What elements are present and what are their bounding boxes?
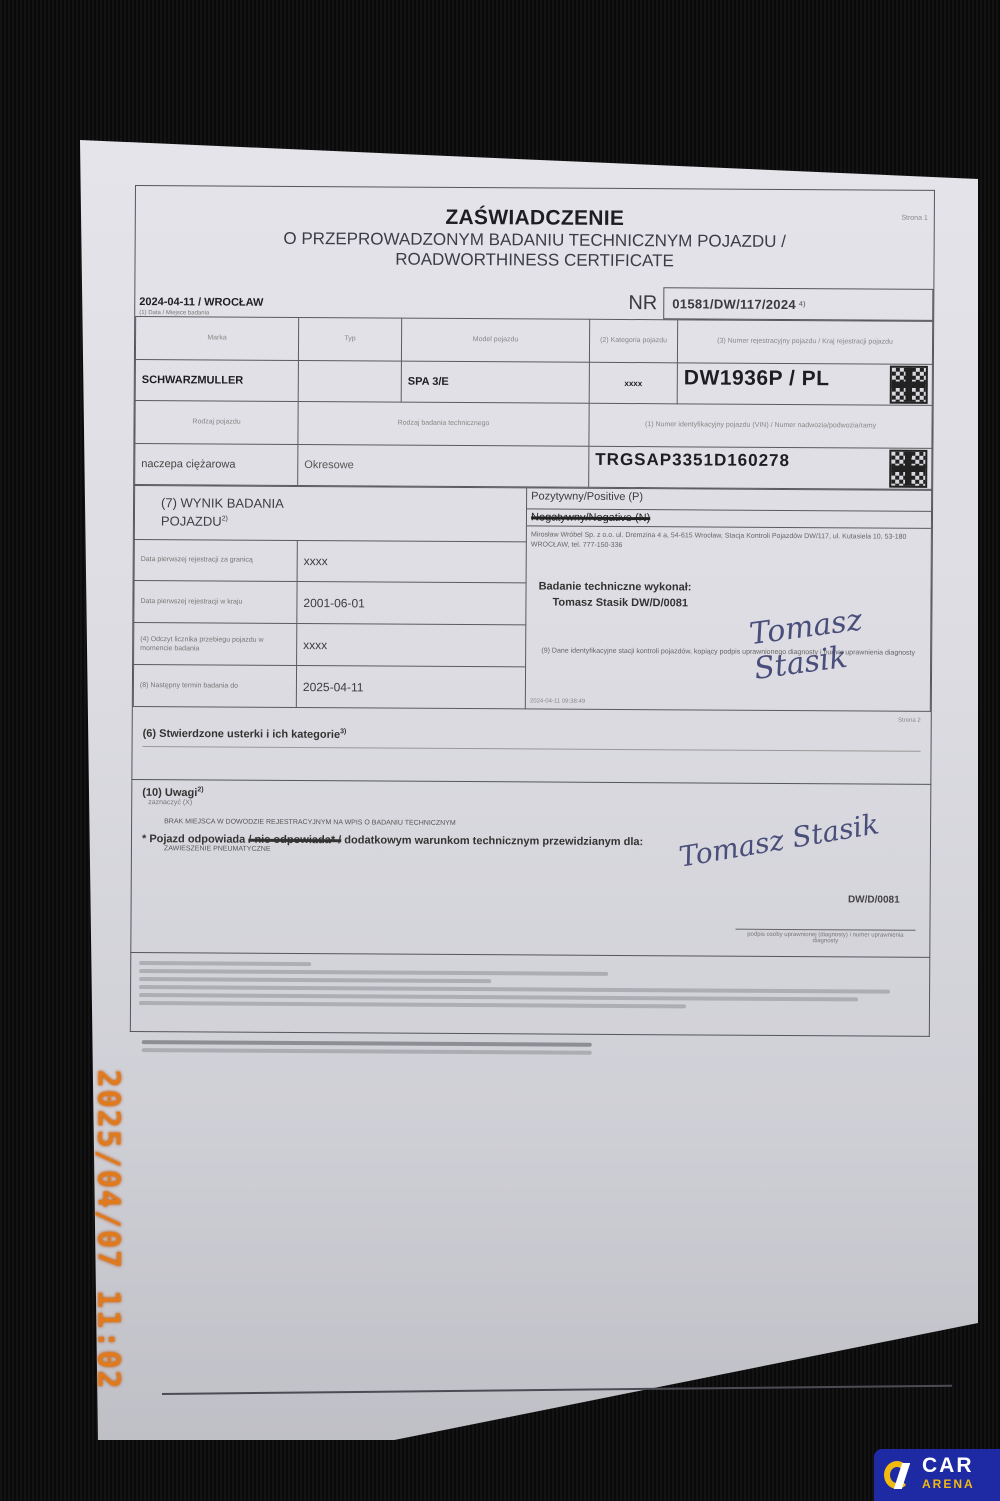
meta-row: 2024-04-11 / WROCŁAW (1) Data / Miejsce … <box>135 268 933 321</box>
value-registration: DW1936P / PL <box>684 366 830 390</box>
print-footer <box>130 1032 930 1065</box>
header-registration: (3) Numer rejestracyjny pojazdu / Kraj r… <box>677 320 932 365</box>
result-value-0: xxxx <box>297 540 526 583</box>
defects-sup: 3) <box>340 728 346 735</box>
defects-title-text: (6) Stwierdzone usterki i ich kategorie <box>143 728 341 741</box>
vin-cell: TRGSAP3351D160278 <box>589 446 932 489</box>
value-type <box>298 361 401 403</box>
remarks-signature: Tomasz Stasik <box>677 807 882 873</box>
certificate-number: NR 01581/DW/117/2024 4) <box>628 287 933 321</box>
footnotes-section <box>130 953 930 1037</box>
result-value-2: xxxx <box>297 624 526 667</box>
logo-line1: CAR <box>922 1457 975 1475</box>
remarks-code: DW/D/0081 <box>848 894 900 905</box>
header-vin: (1) Numer identyfikacyjny pojazdu (VIN) … <box>589 403 932 448</box>
qr-code-icon <box>892 368 926 402</box>
nr-box: 01581/DW/117/2024 4) <box>663 287 933 321</box>
result-value-3: 2025-04-11 <box>296 666 525 709</box>
value-category: xxxx <box>589 362 677 404</box>
camera-date-stamp: 2025/04/07 11:02 <box>88 1050 128 1410</box>
value-model: SPA 3/E <box>401 361 589 403</box>
footer-line <box>142 1040 592 1047</box>
certificate-form: Strona 1 ZAŚWIADCZENIE O PRZEPROWADZONYM… <box>130 185 935 1065</box>
nr-footnote: 4) <box>799 301 806 308</box>
camera-timestamp-text: 2025/04/07 11:02 <box>91 1070 126 1391</box>
header-model: Model pojazdu <box>401 318 589 362</box>
result-positive: Pozytywny/Positive (P) <box>527 488 931 511</box>
qr-code-icon <box>891 452 925 486</box>
header-exam-kind: Rodzaj badania technicznego <box>298 402 589 447</box>
footnote-line <box>139 977 491 983</box>
footnote-line <box>139 1001 686 1008</box>
header-type: Typ <box>298 318 401 362</box>
footnote-line <box>139 961 311 966</box>
footer-line <box>142 1048 592 1055</box>
car-arena-mark-icon <box>884 1459 916 1491</box>
defects-title: (6) Stwierdzone usterki i ich kategorie3… <box>143 727 921 744</box>
footnote-line <box>139 993 858 1001</box>
header-kind: Rodzaj pojazdu <box>135 401 298 445</box>
car-arena-logo: CAR ARENA <box>874 1449 1000 1501</box>
registration-cell: DW1936P / PL <box>677 363 932 406</box>
nr-label: NR <box>628 292 657 315</box>
result-label-0: Data pierwszej rejestracji za granicą <box>134 539 297 582</box>
logo-text: CAR ARENA <box>922 1457 975 1493</box>
footnote-line <box>139 969 608 976</box>
result-label-2: (4) Odczyt licznika przebiegu pojazdu w … <box>134 623 297 666</box>
logo-line2: ARENA <box>922 1475 975 1493</box>
vehicle-table: Marka Typ Model pojazdu (2) Kategoria po… <box>134 316 933 490</box>
remarks-title-text: (10) Uwagi <box>142 787 197 799</box>
result-heading-line1: (7) WYNIK BADANIA <box>161 495 284 511</box>
result-table: (7) WYNIK BADANIA POJAZDU2) Pozytywny/Po… <box>133 485 932 712</box>
remarks-line-struck: / nie odpowiada* / <box>248 833 341 846</box>
value-make: SCHWARZMULLER <box>135 360 298 402</box>
result-heading: (7) WYNIK BADANIA POJAZDU2) <box>134 486 526 542</box>
page-marker-bottom: Strona 2 <box>143 713 921 724</box>
value-vin: TRGSAP3351D160278 <box>595 450 790 470</box>
result-heading-sup: 2) <box>222 516 228 523</box>
result-right-panel: Pozytywny/Positive (P) Negatywny/Negativ… <box>525 488 931 711</box>
nr-value: 01581/DW/117/2024 <box>672 296 796 312</box>
value-kind: naczepa ciężarowa <box>135 444 298 486</box>
result-label-1: Data pierwszej rejestracji w kraju <box>134 581 297 624</box>
remarks-section: (10) Uwagi2) zaznaczyć (X) BRAK MIEJSCA … <box>130 780 931 958</box>
page-marker: Strona 1 <box>901 215 928 222</box>
station-info: Mirosław Wróbel Sp. z o.o. ul. Dremzina … <box>527 526 931 556</box>
result-negative: Negatywny/Negative (N) <box>531 511 650 524</box>
remarks-sup: 2) <box>197 786 203 793</box>
header-category: (2) Kategoria pojazdu <box>589 319 677 363</box>
print-timestamp: 2024-04-11 09:38:49 <box>530 698 585 704</box>
defects-section: Strona 2 (6) Stwierdzone usterki i ich k… <box>131 707 931 785</box>
date-place: 2024-04-11 / WROCŁAW (1) Data / Miejsce … <box>139 296 263 317</box>
defects-line <box>143 746 921 752</box>
remarks-line-prefix: * Pojazd odpowiada <box>142 833 245 846</box>
result-label-3: (8) Następny termin badania do <box>133 665 296 708</box>
footnote-line <box>139 985 890 994</box>
result-heading-line2: POJAZDU <box>161 514 222 529</box>
value-exam-kind: Okresowe <box>298 445 589 488</box>
date-place-caption: (1) Data / Miejsce badania <box>139 310 263 317</box>
remarks-sig-caption: podpis osoby uprawnionej (diagnosty) i n… <box>735 929 915 945</box>
result-value-1: 2001-06-01 <box>297 582 526 625</box>
date-place-value: 2024-04-11 / WROCŁAW <box>139 296 263 309</box>
header-make: Marka <box>135 317 298 361</box>
remarks-line-suffix: dodatkowym warunkom technicznym przewidz… <box>344 834 643 848</box>
